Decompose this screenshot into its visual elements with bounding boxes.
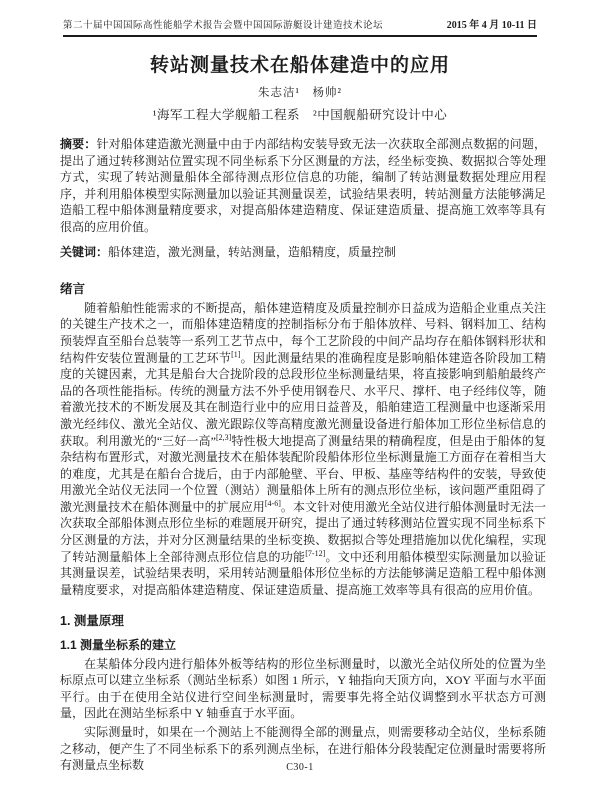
section-1-1-heading: 1.1 测量坐标系的建立 [60, 637, 546, 654]
intro-heading: 绪言 [60, 281, 546, 298]
authors-line: 朱志洁¹ 杨帅² [0, 84, 600, 100]
page-number: C30-1 [0, 762, 600, 773]
abstract-paragraph: 摘要：针对船体建造激光测量中由于内部结构安装导致无法一次获取全部测点数据的问题，… [60, 136, 546, 236]
citation-4-6: [4-6] [265, 499, 281, 508]
conference-date: 2015 年 4 月 10-11 日 [447, 16, 537, 31]
citation-7-12: [7-12] [305, 549, 325, 558]
keywords-label: 关键词： [60, 245, 108, 259]
abstract-text: 针对船体建造激光测量中由于内部结构安装导致无法一次获取全部测点数据的问题，提出了… [60, 137, 546, 234]
abstract-label: 摘要： [60, 137, 96, 151]
page-header: 第二十届中国国际高性能船学术报告会暨中国国际游艇设计建造技术论坛 2015 年 … [63, 16, 537, 37]
section-1-heading: 1. 测量原理 [60, 613, 546, 630]
keywords-paragraph: 关键词：船体建造，激光测量，转站测量，造船精度，质量控制 [60, 244, 546, 261]
conference-name: 第二十届中国国际高性能船学术报告会暨中国国际游艇设计建造技术论坛 [63, 17, 383, 31]
keywords-text: 船体建造，激光测量，转站测量，造船精度，质量控制 [108, 245, 396, 259]
affiliations-line: ¹海军工程大学舰船工程系 ²中国舰船研究设计中心 [0, 105, 600, 123]
citation-2-3: [2,3] [216, 433, 231, 442]
intro-paragraph: 随着船舶性能需求的不断提高，船体建造精度及质量控制亦日益成为造船企业重点关注的关… [60, 300, 546, 599]
section-1-1-paragraph-1: 在某船体分段内进行船体外板等结构的形位坐标测量时，以激光全站仪所处的位置为坐标原… [60, 656, 546, 722]
paper-body: 摘要：针对船体建造激光测量中由于内部结构安装导致无法一次获取全部测点数据的问题，… [60, 136, 546, 774]
paper-title: 转站测量技术在船体建造中的应用 [0, 50, 600, 77]
paper-page: 第二十届中国国际高性能船学术报告会暨中国国际游艇设计建造技术论坛 2015 年 … [0, 0, 600, 787]
